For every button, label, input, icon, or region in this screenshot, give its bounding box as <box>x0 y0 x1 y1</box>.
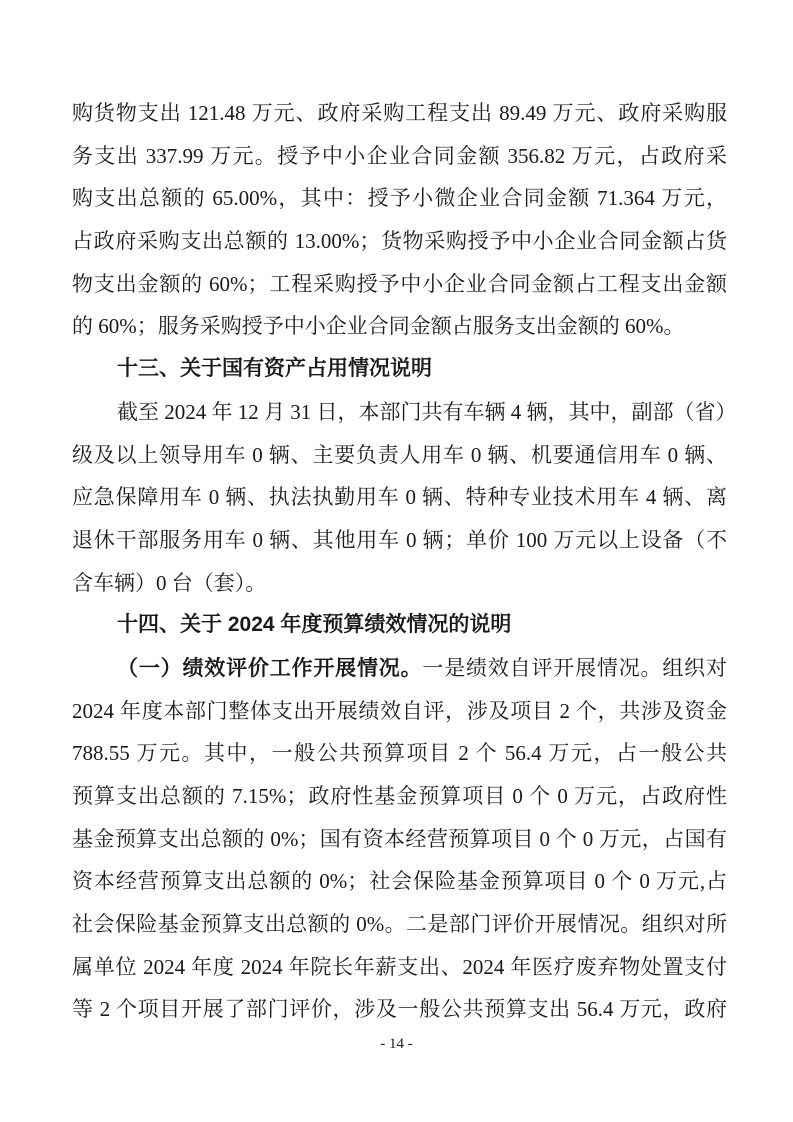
text-line: 物支出金额的 60%；工程采购授予中小企业合同金额占工程支出金额 <box>72 263 727 306</box>
text-line: 预算支出总额的 7.15%；政府性基金预算项目 0 个 0 万元，占政府性 <box>72 775 727 818</box>
paragraph-text: 一是绩效自评开展情况。组织对 <box>422 656 727 680</box>
text-line: 务支出 337.99 万元。授予中小企业合同金额 356.82 万元，占政府采 <box>72 135 727 178</box>
text-line: 社会保险基金预算支出总额的 0%。二是部门评价开展情况。组织对所 <box>72 903 727 946</box>
text-line: 属单位 2024 年度 2024 年院长年薪支出、2024 年医疗废弃物处置支付 <box>72 946 727 989</box>
text-line: 购支出总额的 65.00%，其中：授予小微企业合同金额 71.364 万元， <box>72 177 727 220</box>
section-heading: 十四、关于 2024 年度预算绩效情况的说明 <box>72 604 727 647</box>
text-line: 788.55 万元。其中，一般公共预算项目 2 个 56.4 万元，占一般公共 <box>72 732 727 775</box>
text-line: 级及以上领导用车 0 辆、主要负责人用车 0 辆、机要通信用车 0 辆、 <box>72 434 727 477</box>
text-line: 含车辆）0 台（套）。 <box>72 562 727 605</box>
text-line: （一）绩效评价工作开展情况。一是绩效自评开展情况。组织对 <box>72 647 727 690</box>
text-line: 占政府采购支出总额的 13.00%；货物采购授予中小企业合同金额占货 <box>72 220 727 263</box>
paragraph-lead-bold: （一）绩效评价工作开展情况。 <box>117 657 422 680</box>
text-line: 资本经营预算支出总额的 0%；社会保险基金预算项目 0 个 0 万元,占 <box>72 860 727 903</box>
text-line: 基金预算支出总额的 0%；国有资本经营预算项目 0 个 0 万元，占国有 <box>72 818 727 861</box>
text-line: 退休干部服务用车 0 辆、其他用车 0 辆；单价 100 万元以上设备（不 <box>72 519 727 562</box>
text-line: 等 2 个项目开展了部门评价，涉及一般公共预算支出 56.4 万元，政府 <box>72 988 727 1031</box>
text-line: 2024 年度本部门整体支出开展绩效自评，涉及项目 2 个，共涉及资金 <box>72 690 727 733</box>
page-number: - 14 - <box>0 1036 793 1053</box>
section-heading: 十三、关于国有资产占用情况说明 <box>72 348 727 391</box>
text-line: 购货物支出 121.48 万元、政府采购工程支出 89.49 万元、政府采购服 <box>72 92 727 135</box>
text-line: 的 60%；服务采购授予中小企业合同金额占服务支出金额的 60%。 <box>72 305 727 348</box>
text-line: 应急保障用车 0 辆、执法执勤用车 0 辆、特种专业技术用车 4 辆、离 <box>72 476 727 519</box>
text-line: 截至 2024 年 12 月 31 日，本部门共有车辆 4 辆，其中，副部（省） <box>72 391 727 434</box>
document-page: 购货物支出 121.48 万元、政府采购工程支出 89.49 万元、政府采购服务… <box>0 0 793 1122</box>
document-body: 购货物支出 121.48 万元、政府采购工程支出 89.49 万元、政府采购服务… <box>72 92 727 1031</box>
